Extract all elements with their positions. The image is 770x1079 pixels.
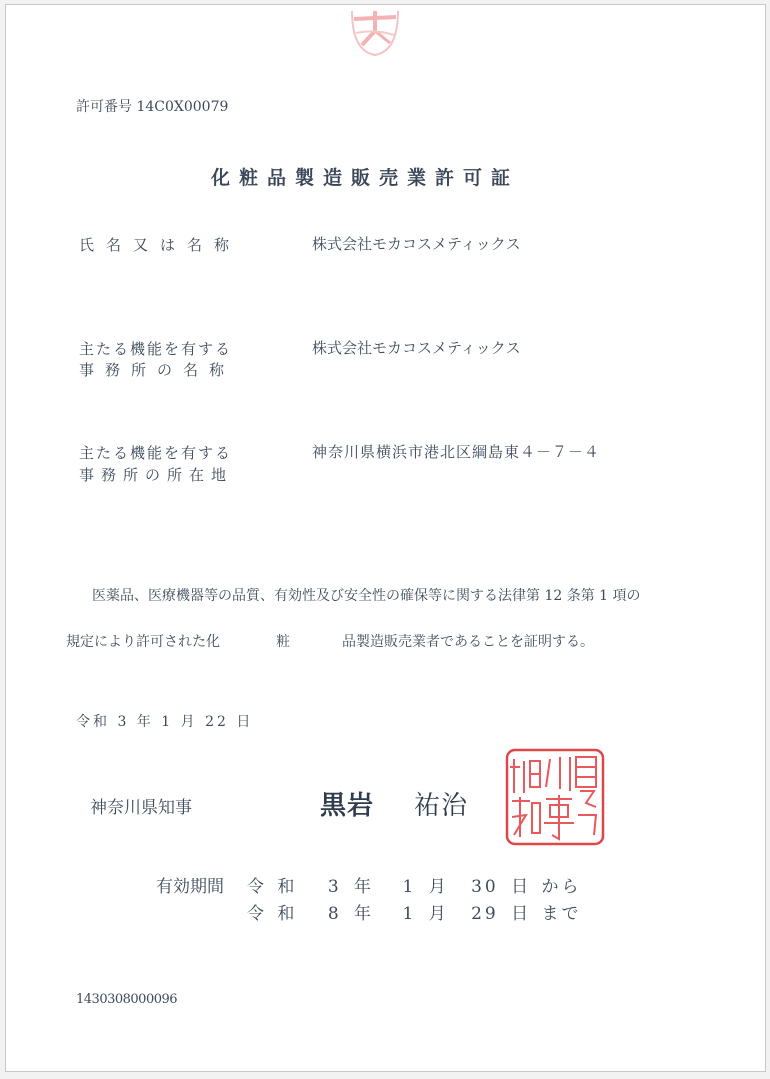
validity-from-year-unit: 年 — [354, 872, 374, 897]
governor-name: 黒岩祐治 — [320, 785, 468, 822]
validity-to: 令 和 8 年 1 月 29 日 まで — [247, 899, 582, 924]
validity-to-month-unit: 月 — [429, 899, 449, 924]
statement-line-1: 医薬品、医療機器等の品質、有効性及び安全性の確保等に関する法律第 12 条第 1… — [92, 585, 641, 605]
governor-given-name: 祐治 — [414, 791, 468, 821]
validity-to-year-unit: 年 — [354, 899, 374, 924]
document-title: 化粧品製造販売業許可証 — [211, 163, 519, 190]
validity-from-era-2: 和 — [277, 872, 297, 897]
field-office-name-label-line1: 主たる機能を有する — [79, 338, 232, 359]
validity-to-suffix: まで — [542, 899, 582, 924]
validity-to-day-unit: 日 — [511, 899, 531, 924]
issue-date: 令和 3 年 1 月 22 日 — [76, 711, 253, 731]
validity-from-suffix: から — [542, 872, 582, 897]
permit-number-value: 14C0X00079 — [136, 99, 228, 115]
statement-line-2: 規定により許可された化粧品製造販売業者であることを証明する。 — [66, 631, 594, 651]
permit-certificate-page: 許可番号 14C0X00079 化粧品製造販売業許可証 氏名又は名称 株式会社モ… — [5, 4, 766, 1072]
validity-to-era-1: 令 — [247, 899, 267, 924]
permit-number-label: 許可番号 — [76, 99, 132, 115]
field-office-name-value: 株式会社モカコスメティックス — [312, 337, 521, 358]
validity-from-month-unit: 月 — [429, 872, 449, 897]
statement-line-2-part2: 粧 — [276, 634, 290, 650]
statement-line-2-part1: 規定により許可された化 — [66, 634, 220, 650]
top-seal-stamp — [350, 11, 400, 57]
validity-to-day: 29 — [471, 904, 499, 924]
statement-line-2-part3: 品製造販売業者であることを証明する。 — [342, 634, 594, 650]
field-office-address-label-line1: 主たる機能を有する — [79, 442, 232, 463]
validity-from-day-unit: 日 — [511, 872, 531, 897]
validity-from: 令 和 3 年 1 月 30 日 から — [247, 872, 582, 897]
field-office-address-label-line2: 事務所の所在地 — [79, 464, 233, 485]
field-office-address-value: 神奈川県横浜市港北区綱島東４－７－４ — [312, 441, 600, 462]
governor-title: 神奈川県知事 — [90, 793, 192, 818]
field-name-label: 氏名又は名称 — [79, 234, 241, 255]
validity-to-month: 1 — [402, 904, 416, 924]
validity-to-year: 8 — [328, 904, 342, 924]
official-seal-stamp — [504, 747, 606, 847]
validity-to-era-2: 和 — [277, 899, 297, 924]
field-name-value: 株式会社モカコスメティックス — [312, 233, 521, 254]
validity-from-month: 1 — [402, 877, 416, 897]
permit-number: 許可番号 14C0X00079 — [76, 96, 228, 116]
field-office-name-label-line2: 事務所の名称 — [79, 359, 235, 380]
validity-from-year: 3 — [328, 877, 342, 897]
governor-family-name: 黒岩 — [320, 791, 374, 821]
serial-number: 1430308000096 — [76, 992, 177, 1007]
validity-from-era-1: 令 — [247, 872, 267, 897]
validity-from-day: 30 — [471, 877, 499, 897]
validity-period-label: 有効期間 — [156, 872, 224, 897]
